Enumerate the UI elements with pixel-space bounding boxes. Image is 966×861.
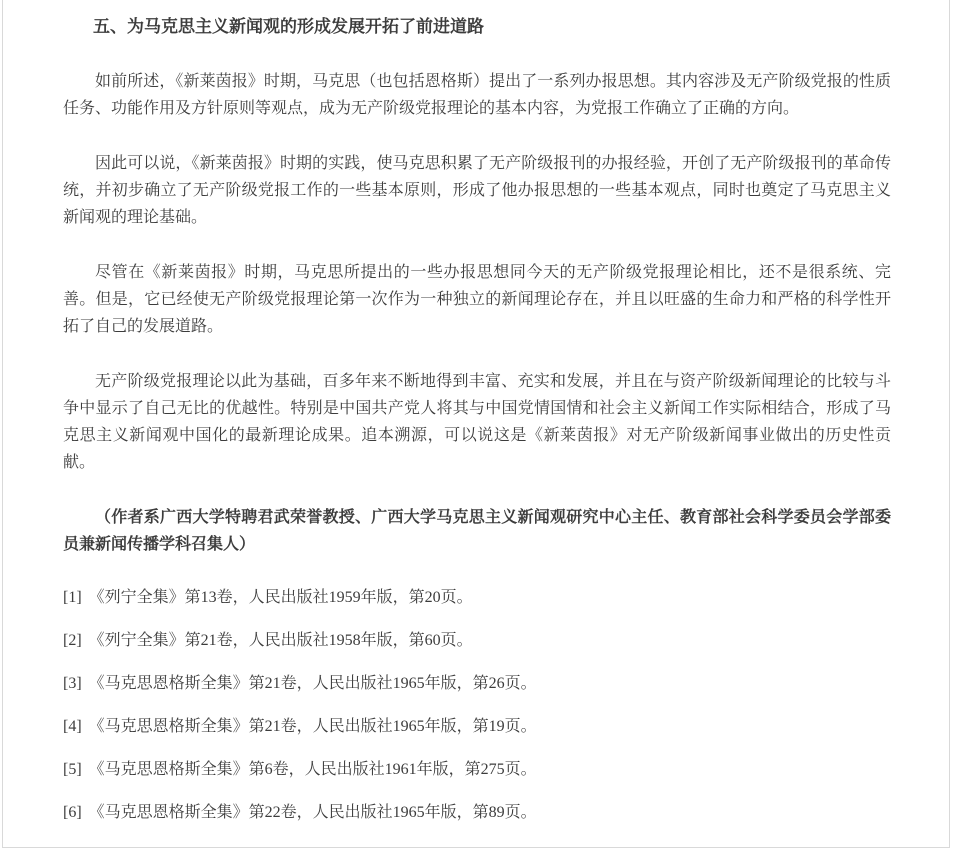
footnote-marker: [6] [63, 799, 82, 826]
footnote-text: 《列宁全集》第21卷，人民出版社1958年版，第60页。 [89, 632, 473, 649]
footnote-item: [1]《列宁全集》第13卷，人民出版社1959年版，第20页。 [63, 584, 891, 611]
footnote-text: 《马克思恩格斯全集》第6卷，人民出版社1961年版，第275页。 [89, 761, 537, 778]
footnote-list: [1]《列宁全集》第13卷，人民出版社1959年版，第20页。 [2]《列宁全集… [63, 584, 891, 826]
footnote-item: [5]《马克思恩格斯全集》第6卷，人民出版社1961年版，第275页。 [63, 756, 891, 783]
footnote-text: 《马克思恩格斯全集》第22卷，人民出版社1965年版，第89页。 [89, 804, 537, 821]
footnote-item: [4]《马克思恩格斯全集》第21卷，人民出版社1965年版，第19页。 [63, 713, 891, 740]
footnote-text: 《列宁全集》第13卷，人民出版社1959年版，第20页。 [89, 589, 473, 606]
footnote-item: [3]《马克思恩格斯全集》第21卷，人民出版社1965年版，第26页。 [63, 670, 891, 697]
footnote-text: 《马克思恩格斯全集》第21卷，人民出版社1965年版，第26页。 [89, 675, 537, 692]
footnote-marker: [2] [63, 627, 82, 654]
body-paragraph: 无产阶级党报理论以此为基础，百多年来不断地得到丰富、充实和发展，并且在与资产阶级… [63, 368, 891, 476]
body-paragraph: 因此可以说，《新莱茵报》时期的实践，使马克思积累了无产阶级报刊的办报经验，开创了… [63, 150, 891, 231]
body-paragraph: 尽管在《新莱茵报》时期，马克思所提出的一些办报思想同今天的无产阶级党报理论相比，… [63, 259, 891, 340]
footnote-item: [2]《列宁全集》第21卷，人民出版社1958年版，第60页。 [63, 627, 891, 654]
footnote-marker: [3] [63, 670, 82, 697]
article-section-heading: 五、为马克思主义新闻观的形成发展开拓了前进道路 [63, 13, 891, 40]
body-paragraph: 如前所述，《新莱茵报》时期，马克思（也包括恩格斯）提出了一系列办报思想。其内容涉… [63, 68, 891, 122]
footnote-marker: [4] [63, 713, 82, 740]
article-page-container: 五、为马克思主义新闻观的形成发展开拓了前进道路 如前所述，《新莱茵报》时期，马克… [2, 0, 950, 848]
author-attribution-note: （作者系广西大学特聘君武荣誉教授、广西大学马克思主义新闻观研究中心主任、教育部社… [63, 504, 891, 558]
footnote-marker: [1] [63, 584, 82, 611]
footnote-text: 《马克思恩格斯全集》第21卷，人民出版社1965年版，第19页。 [89, 718, 537, 735]
footnote-item: [6]《马克思恩格斯全集》第22卷，人民出版社1965年版，第89页。 [63, 799, 891, 826]
footnote-marker: [5] [63, 756, 82, 783]
